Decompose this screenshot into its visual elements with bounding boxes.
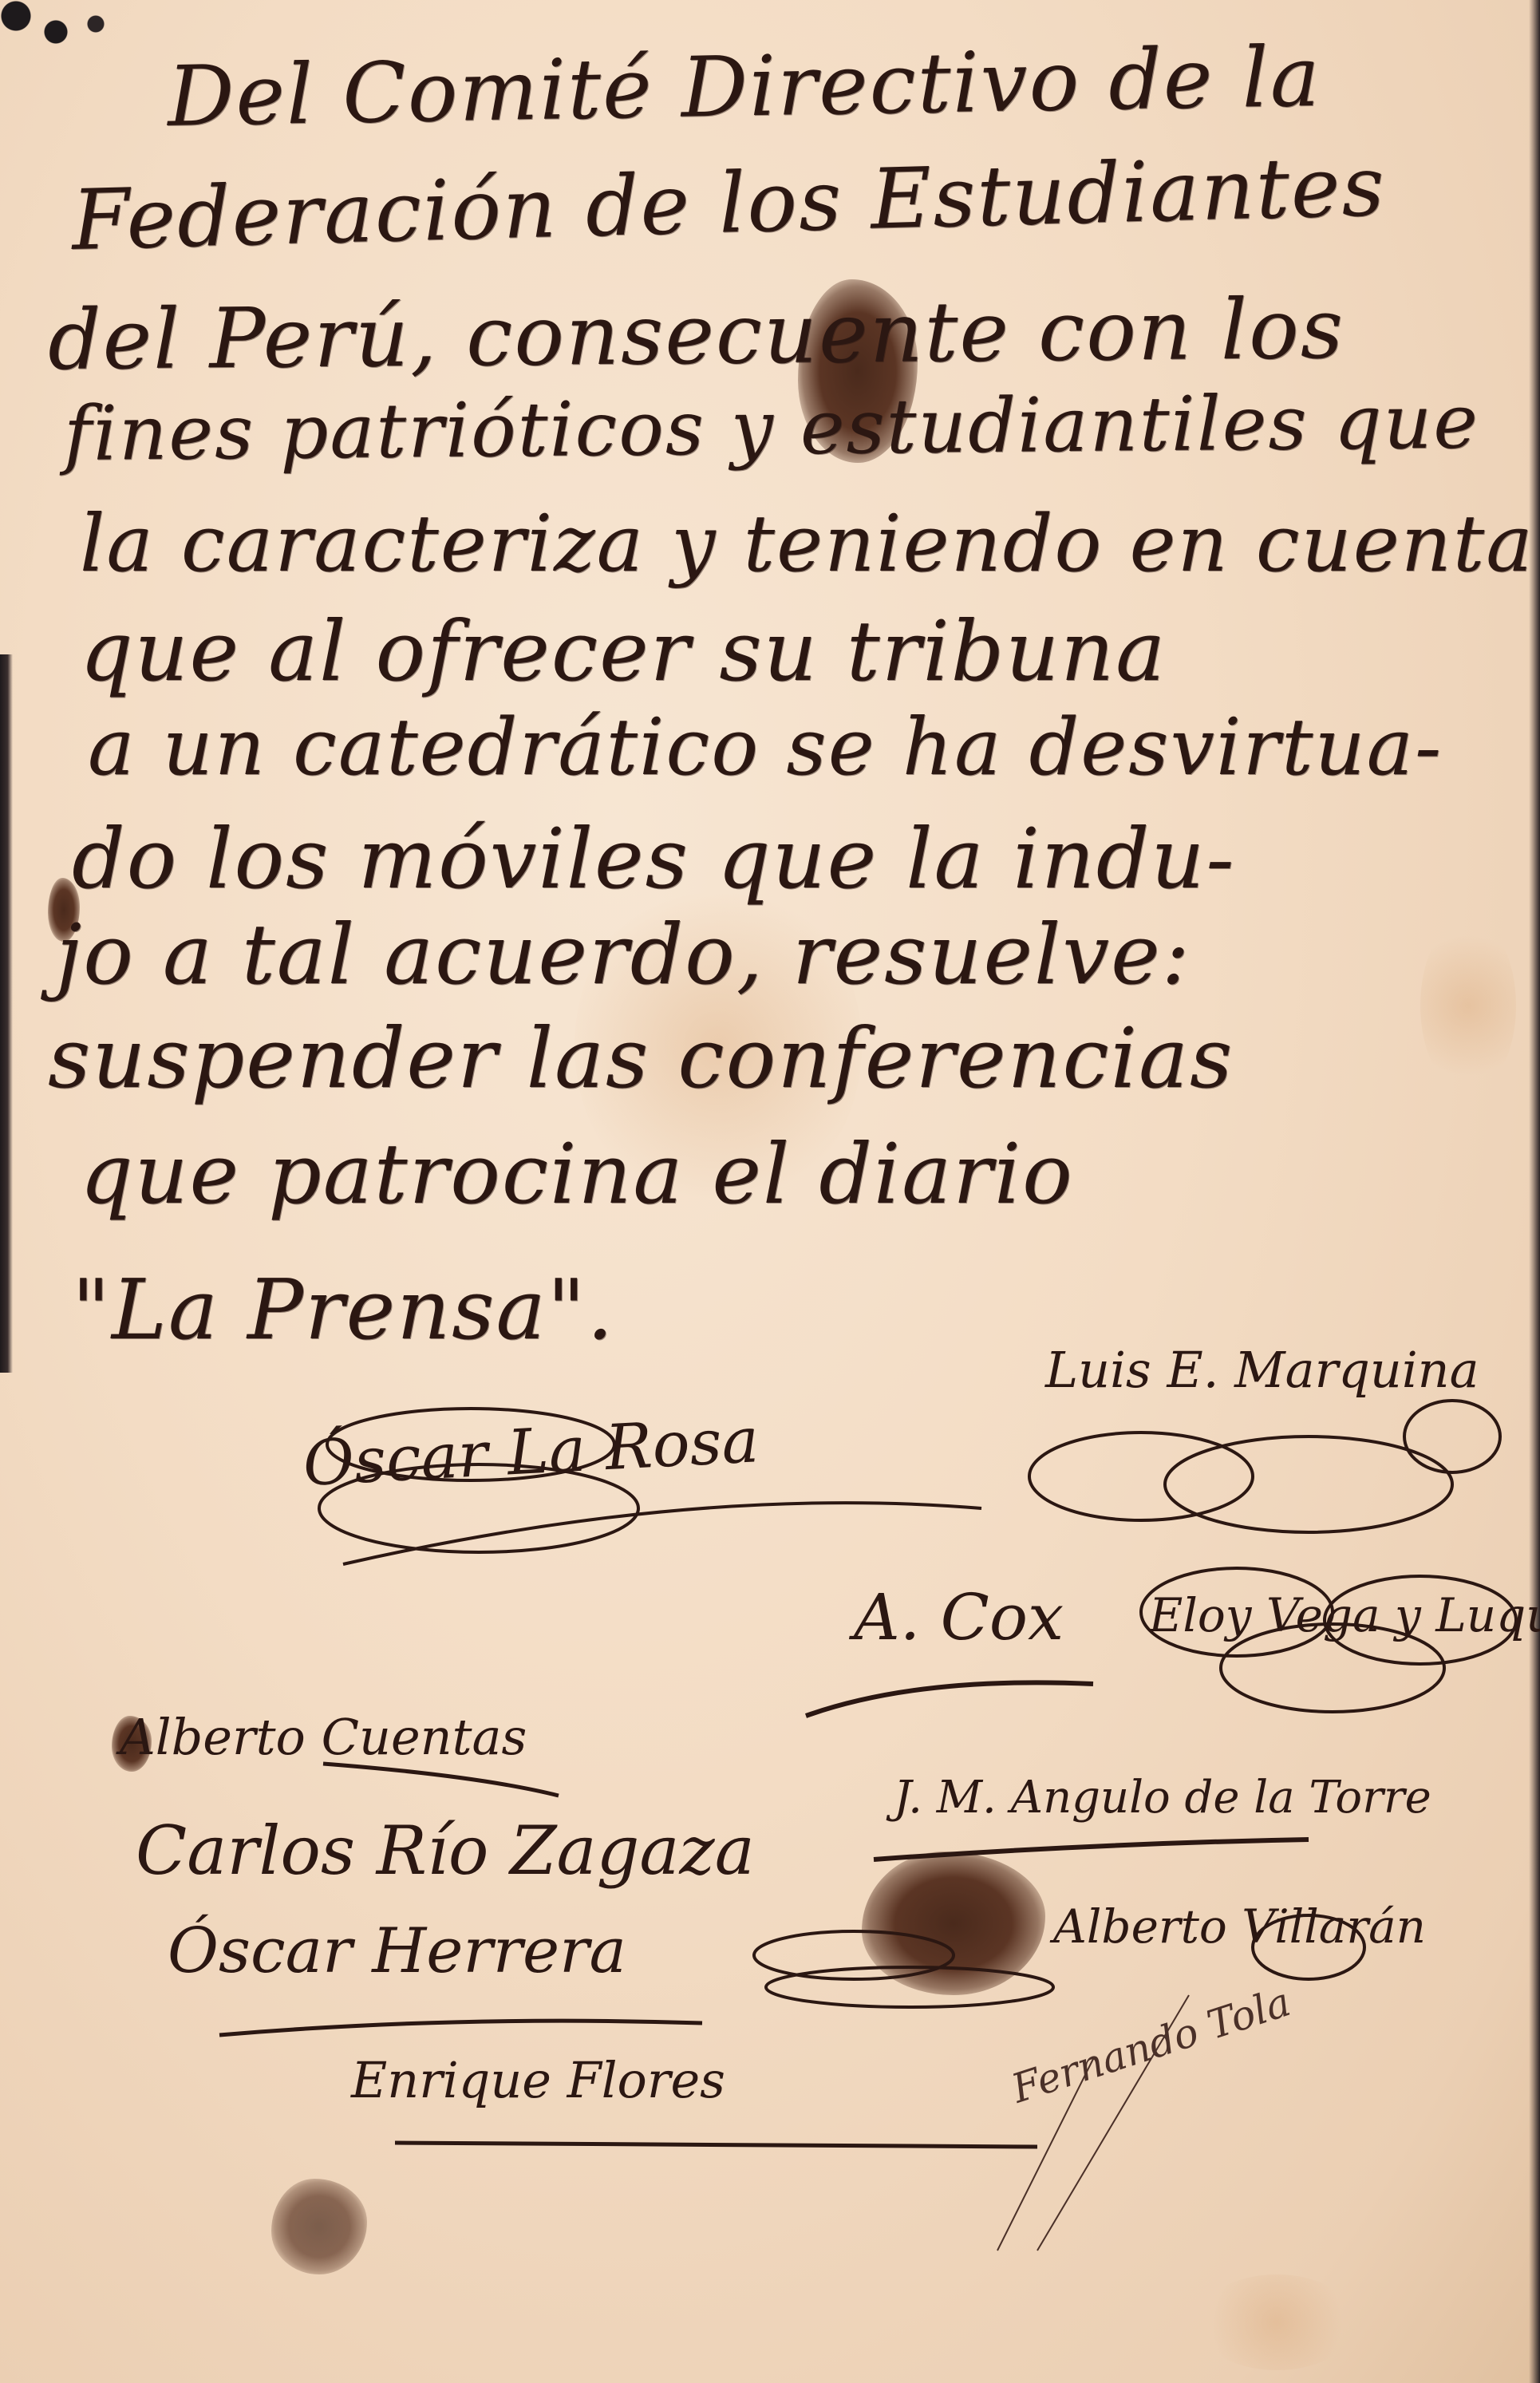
signature-2: Luis E. Marquina [1045, 1341, 1479, 1399]
body-line-5: la caracteriza y teniendo en cuenta [80, 499, 1534, 590]
signature-10: Enrique Flores [351, 2051, 725, 2109]
signature-6: J. M. Angulo de la Torre [894, 1772, 1431, 1824]
signature-9: Óscar Herrera [168, 1915, 626, 1987]
body-line-4: fines patrióticos y estudiantiles que [64, 379, 1480, 478]
signature-flourish [391, 2131, 1045, 2159]
signature-flourish [973, 1987, 1213, 2262]
foxing-stain [1420, 918, 1516, 1093]
ink-smudge [271, 2179, 367, 2274]
document-page: Del Comité Directivo de la Federación de… [0, 0, 1540, 2383]
signature-flourish [295, 1389, 1013, 1592]
signature-flourish [798, 1660, 1117, 1728]
body-line-3: del Perú, consecuente con los [47, 280, 1345, 389]
body-line-6: que al ofrecer su tribuna [80, 603, 1167, 700]
signature-flourish [1021, 1405, 1516, 1568]
body-line-9: jo a tal acuerdo, resuelve: [56, 906, 1191, 1003]
body-line-7: a un catedrático se ha desvirtua- [88, 702, 1443, 793]
signature-flourish [319, 1756, 575, 1808]
body-line-1: Del Comité Directivo de la [167, 28, 1322, 145]
foxing-stain [1197, 2274, 1356, 2370]
body-line-11: que patrocina el diario [80, 1125, 1074, 1223]
signature-7: Carlos Río Zagaza [136, 1812, 755, 1890]
body-line-2: Federación de los Estudiantes [70, 137, 1387, 269]
body-line-8: do los móviles que la indu- [72, 810, 1235, 907]
worn-right-edge [1529, 0, 1540, 2383]
signature-flourish [870, 1836, 1317, 1871]
signature-flourish [215, 2011, 710, 2047]
body-line-10: suspender las conferencias [48, 1010, 1234, 1107]
signature-3: A. Cox [854, 1580, 1064, 1654]
body-line-12: "La Prensa". [72, 1261, 614, 1358]
signature-flourish [1133, 1564, 1532, 1728]
worn-left-edge [0, 654, 13, 1373]
torn-corner [0, 0, 136, 72]
